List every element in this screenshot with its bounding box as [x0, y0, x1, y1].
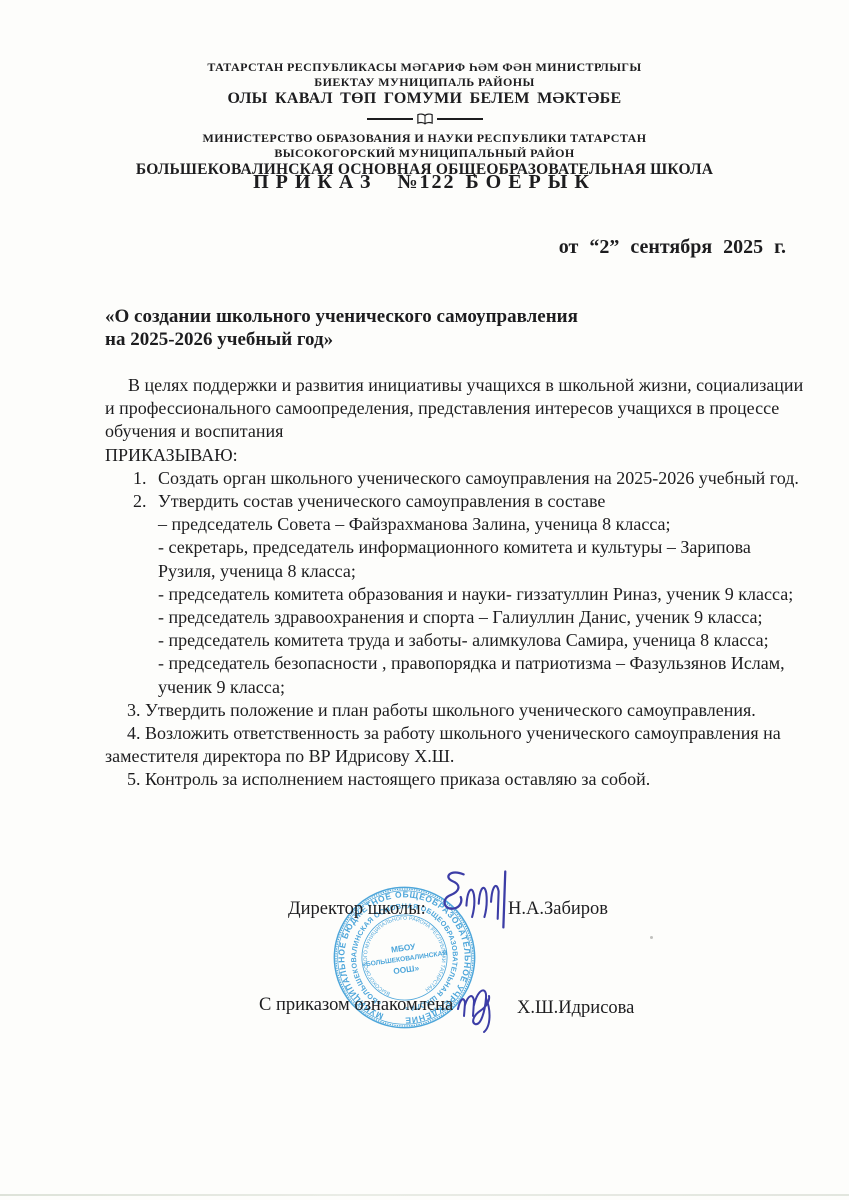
subject-line: на 2025-2026 учебный год» — [105, 328, 745, 351]
letterhead-russian-ministry: МИНИСТЕРСТВО ОБРАЗОВАНИЯ И НАУКИ РЕСПУБЛ… — [0, 132, 849, 144]
scan-bottom-edge — [0, 1194, 849, 1196]
sub-item-line: Рузиля, ученица 8 класса; — [105, 560, 793, 583]
divider-rule-left — [367, 118, 413, 120]
sub-item-line: - председатель здравоохранения и спорта … — [105, 606, 793, 629]
order-document-page: ТАТАРСТАН РЕСПУБЛИКАСЫ МӘГАРИФ ҺӘМ ФӘН М… — [0, 0, 849, 1200]
divider-rule-right — [437, 118, 483, 120]
sub-item-line: ученик 9 класса; — [105, 676, 793, 699]
letterhead: ТАТАРСТАН РЕСПУБЛИКАСЫ МӘГАРИФ ҺӘМ ФӘН М… — [0, 58, 849, 178]
intro-line: обучения и воспитания — [105, 420, 793, 443]
director-signature-ink — [438, 866, 510, 932]
order-date: от “2” сентября 2025 г. — [559, 236, 786, 259]
order-title-ru: ПРИКАЗ — [253, 171, 377, 193]
stamp-center-line: ООШ» — [393, 963, 420, 977]
order-title: ПРИКАЗ№122БОЕРЫК — [0, 171, 849, 194]
list-item-text: Утвердить состав ученического самоуправл… — [158, 491, 605, 511]
acknowledgement-label: С приказом ознакомлена — [259, 995, 453, 1016]
letterhead-tatar-ministry: ТАТАРСТАН РЕСПУБЛИКАСЫ МӘГАРИФ ҺӘМ ФӘН М… — [0, 61, 849, 73]
list-item-number: 2. — [133, 490, 147, 513]
list-item-continuation: заместителя директора по ВР Идрисову Х.Ш… — [105, 745, 793, 768]
list-item: 4. Возложить ответственность за работу ш… — [105, 722, 793, 745]
order-number: №122 — [397, 171, 455, 193]
subject-line: «О создании школьного ученического самоу… — [105, 305, 745, 328]
sub-item-line: - председатель безопасности , правопоряд… — [105, 652, 793, 675]
order-body: В целях поддержки и развития инициативы … — [105, 374, 793, 792]
sub-item-line: – председатель Совета – Файзрахманова За… — [105, 513, 793, 536]
list-item-text: Создать орган школьного ученического сам… — [158, 468, 799, 488]
sub-item-line: - председатель комитета образования и на… — [105, 583, 793, 606]
list-item: 3. Утвердить положение и план работы шко… — [105, 699, 793, 722]
sub-item-line: - председатель комитета труда и заботы- … — [105, 629, 793, 652]
list-item: 5. Контроль за исполнением настоящего пр… — [105, 768, 793, 791]
order-title-tatar: БОЕРЫК — [466, 171, 596, 193]
scan-speck — [650, 936, 653, 939]
acknowledgement-signature-ink — [453, 977, 511, 1035]
prikazyvayu-keyword: ПРИКАЗЫВАЮ: — [105, 444, 793, 467]
open-book-icon — [416, 112, 434, 126]
list-item: 2.Утвердить состав ученического самоупра… — [105, 490, 793, 513]
letterhead-tatar-school: ОЛЫ КАВАЛ ТӨП ГОМУМИ БЕЛЕМ МӘКТӘБЕ — [0, 91, 849, 107]
list-item-number: 1. — [133, 467, 147, 490]
order-subject: «О создании школьного ученического самоу… — [105, 305, 745, 351]
list-item: 1.Создать орган школьного ученического с… — [105, 467, 793, 490]
stamp-center-line: МБОУ — [390, 941, 416, 954]
letterhead-tatar-district: БИЕКТАУ МУНИЦИПАЛЬ РАЙОНЫ — [0, 76, 849, 88]
director-name: Н.А.Забиров — [508, 899, 608, 920]
letterhead-russian-district: ВЫСОКОГОРСКИЙ МУНИЦИПАЛЬНЫЙ РАЙОН — [0, 147, 849, 159]
director-label: Директор школы: — [288, 899, 426, 920]
acknowledgement-name: Х.Ш.Идрисова — [517, 998, 634, 1019]
letterhead-divider — [0, 112, 849, 126]
sub-item-line: - секретарь, председатель информационног… — [105, 536, 793, 559]
intro-line: В целях поддержки и развития инициативы … — [105, 374, 793, 397]
intro-line: и профессионального самоопределения, пре… — [105, 397, 793, 420]
